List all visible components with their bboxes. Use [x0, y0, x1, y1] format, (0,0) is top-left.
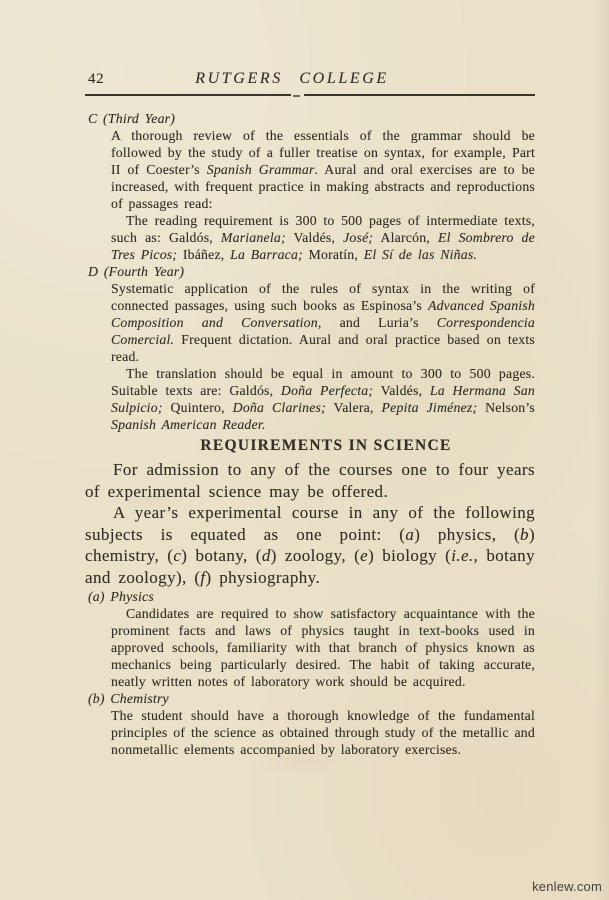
- page-header: 42 RUTGERS COLLEGE: [85, 70, 535, 88]
- physics-label: (a) Physics: [88, 588, 535, 605]
- science-paragraph-1: For admission to any of the courses one …: [85, 459, 535, 502]
- section-c-body: A thorough review of the essentials of t…: [111, 127, 535, 263]
- section-c-paragraph-2: The reading requirement is 300 to 500 pa…: [111, 212, 535, 263]
- section-d-paragraph-2: The translation should be equal in amoun…: [111, 365, 535, 433]
- chemistry-label: (b) Chemistry: [88, 690, 535, 707]
- section-c-label: C (Third Year): [88, 110, 535, 127]
- page-content: 42 RUTGERS COLLEGE C (Third Year) A thor…: [85, 70, 535, 758]
- book-page-scan: 42 RUTGERS COLLEGE C (Third Year) A thor…: [0, 0, 609, 900]
- section-d-paragraph-1: Systematic application of the rules of s…: [111, 280, 535, 365]
- physics-body: Candidates are required to show satisfac…: [111, 605, 535, 690]
- header-rule-dash: [293, 95, 300, 97]
- header-title: RUTGERS COLLEGE: [67, 70, 517, 88]
- chemistry-paragraph: The student should have a thorough knowl…: [111, 707, 535, 758]
- header-rule: [85, 94, 535, 96]
- chemistry-body: The student should have a thorough knowl…: [111, 707, 535, 758]
- science-paragraph-2: A year’s experimental course in any of t…: [85, 502, 535, 588]
- watermark: kenlew.com: [532, 879, 602, 894]
- section-c-paragraph-1: A thorough review of the essentials of t…: [111, 127, 535, 212]
- section-d-body: Systematic application of the rules of s…: [111, 280, 535, 433]
- science-requirements-heading: REQUIREMENTS IN SCIENCE: [101, 436, 551, 456]
- section-d-label: D (Fourth Year): [88, 263, 535, 280]
- physics-paragraph: Candidates are required to show satisfac…: [111, 605, 535, 690]
